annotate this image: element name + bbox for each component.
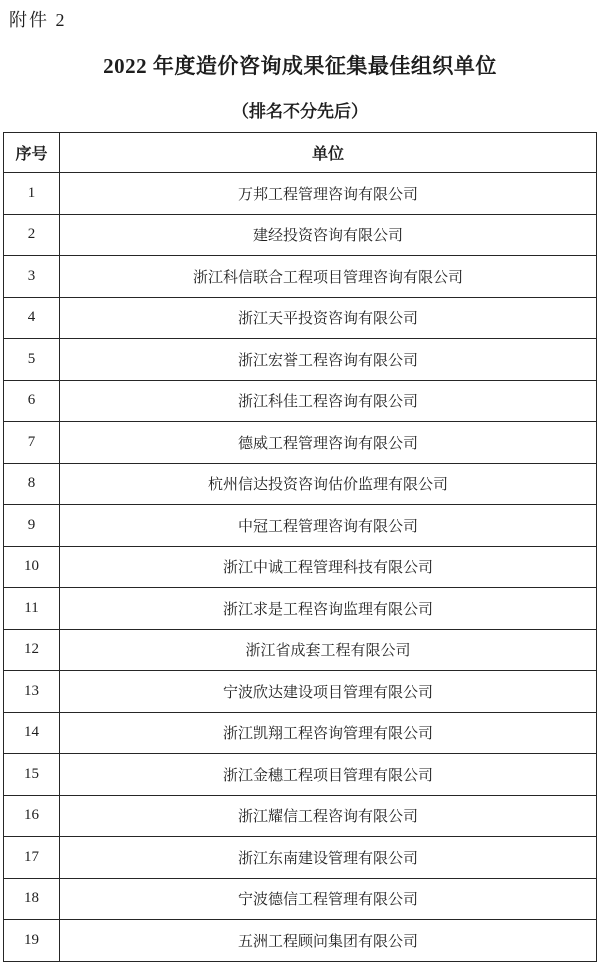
col-header-no: 序号 <box>4 133 60 173</box>
unit-name-cell: 宁波德信工程管理有限公司 <box>60 878 597 920</box>
table-row: 2建经投资咨询有限公司 <box>4 214 597 256</box>
row-number-cell: 8 <box>4 463 60 505</box>
table-row: 8杭州信达投资咨询估价监理有限公司 <box>4 463 597 505</box>
row-number-cell: 13 <box>4 671 60 713</box>
org-table: 序号 单位 1万邦工程管理咨询有限公司2建经投资咨询有限公司3浙江科信联合工程项… <box>3 132 597 962</box>
unit-name-cell: 浙江科佳工程咨询有限公司 <box>60 380 597 422</box>
row-number-cell: 14 <box>4 712 60 754</box>
col-header-unit: 单位 <box>60 133 597 173</box>
row-number-cell: 10 <box>4 546 60 588</box>
table-row: 11浙江求是工程咨询监理有限公司 <box>4 588 597 630</box>
unit-name-cell: 浙江凯翔工程咨询管理有限公司 <box>60 712 597 754</box>
table-header-row: 序号 单位 <box>4 133 597 173</box>
page-subtitle: （排名不分先后） <box>0 97 600 122</box>
row-number-cell: 19 <box>4 920 60 962</box>
unit-name-cell: 浙江求是工程咨询监理有限公司 <box>60 588 597 630</box>
unit-name-cell: 浙江东南建设管理有限公司 <box>60 837 597 879</box>
row-number-cell: 15 <box>4 754 60 796</box>
row-number-cell: 18 <box>4 878 60 920</box>
unit-name-cell: 浙江省成套工程有限公司 <box>60 629 597 671</box>
row-number-cell: 5 <box>4 339 60 381</box>
table-row: 7德威工程管理咨询有限公司 <box>4 422 597 464</box>
org-table-body: 1万邦工程管理咨询有限公司2建经投资咨询有限公司3浙江科信联合工程项目管理咨询有… <box>4 173 597 962</box>
row-number-cell: 12 <box>4 629 60 671</box>
table-row: 17浙江东南建设管理有限公司 <box>4 837 597 879</box>
row-number-cell: 1 <box>4 173 60 215</box>
row-number-cell: 3 <box>4 256 60 298</box>
row-number-cell: 2 <box>4 214 60 256</box>
table-row: 6浙江科佳工程咨询有限公司 <box>4 380 597 422</box>
unit-name-cell: 五洲工程顾问集团有限公司 <box>60 920 597 962</box>
table-row: 4浙江天平投资咨询有限公司 <box>4 297 597 339</box>
row-number-cell: 7 <box>4 422 60 464</box>
row-number-cell: 17 <box>4 837 60 879</box>
unit-name-cell: 浙江宏誉工程咨询有限公司 <box>60 339 597 381</box>
row-number-cell: 6 <box>4 380 60 422</box>
unit-name-cell: 宁波欣达建设项目管理有限公司 <box>60 671 597 713</box>
unit-name-cell: 德威工程管理咨询有限公司 <box>60 422 597 464</box>
row-number-cell: 11 <box>4 588 60 630</box>
table-row: 14浙江凯翔工程咨询管理有限公司 <box>4 712 597 754</box>
unit-name-cell: 浙江耀信工程咨询有限公司 <box>60 795 597 837</box>
table-row: 3浙江科信联合工程项目管理咨询有限公司 <box>4 256 597 298</box>
row-number-cell: 16 <box>4 795 60 837</box>
table-row: 10浙江中诚工程管理科技有限公司 <box>4 546 597 588</box>
unit-name-cell: 中冠工程管理咨询有限公司 <box>60 505 597 547</box>
table-row: 19五洲工程顾问集团有限公司 <box>4 920 597 962</box>
table-row: 13宁波欣达建设项目管理有限公司 <box>4 671 597 713</box>
table-row: 5浙江宏誉工程咨询有限公司 <box>4 339 597 381</box>
unit-name-cell: 万邦工程管理咨询有限公司 <box>60 173 597 215</box>
unit-name-cell: 浙江科信联合工程项目管理咨询有限公司 <box>60 256 597 298</box>
unit-name-cell: 建经投资咨询有限公司 <box>60 214 597 256</box>
row-number-cell: 9 <box>4 505 60 547</box>
unit-name-cell: 浙江中诚工程管理科技有限公司 <box>60 546 597 588</box>
attachment-label: 附件 2 <box>9 6 67 32</box>
unit-name-cell: 杭州信达投资咨询估价监理有限公司 <box>60 463 597 505</box>
table-row: 15浙江金穗工程项目管理有限公司 <box>4 754 597 796</box>
row-number-cell: 4 <box>4 297 60 339</box>
table-row: 16浙江耀信工程咨询有限公司 <box>4 795 597 837</box>
unit-name-cell: 浙江天平投资咨询有限公司 <box>60 297 597 339</box>
table-row: 18宁波德信工程管理有限公司 <box>4 878 597 920</box>
table-row: 1万邦工程管理咨询有限公司 <box>4 173 597 215</box>
page-title: 2022 年度造价咨询成果征集最佳组织单位 <box>0 50 600 80</box>
table-row: 12浙江省成套工程有限公司 <box>4 629 597 671</box>
table-row: 9中冠工程管理咨询有限公司 <box>4 505 597 547</box>
unit-name-cell: 浙江金穗工程项目管理有限公司 <box>60 754 597 796</box>
